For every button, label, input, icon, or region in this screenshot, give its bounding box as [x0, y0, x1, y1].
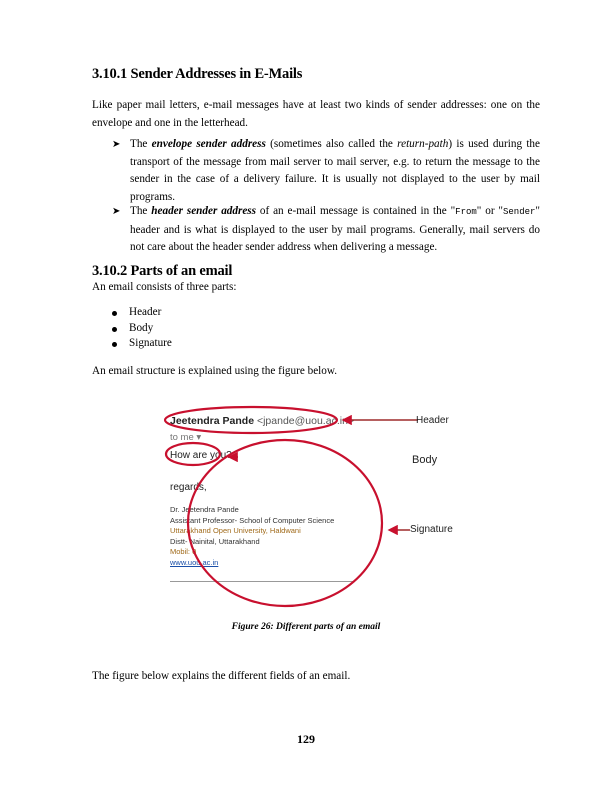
document-page: 3.10.1 Sender Addresses in E-Mails Like …	[0, 0, 612, 792]
paragraph-closing: The figure below explains the different …	[92, 668, 540, 686]
bullet-text: The header sender address of an e-mail m…	[130, 203, 540, 257]
bullet-dot-icon	[112, 327, 117, 332]
email-structure-figure: Jeetendra Pande <jpande@uou.ac.in> to me…	[160, 405, 460, 610]
bullet-dot-icon	[112, 342, 117, 347]
paragraph-figure-intro: An email structure is explained using th…	[92, 363, 540, 381]
section-heading-parts-of-email: 3.10.2 Parts of an email	[92, 263, 232, 280]
arrow-bullet-icon: ➤	[112, 203, 120, 221]
signature-ellipse	[188, 440, 382, 606]
header-ellipse	[165, 407, 337, 433]
figure-caption: Figure 26: Different parts of an email	[0, 622, 612, 632]
bullet-dot-icon	[112, 311, 117, 316]
label-signature: Signature	[410, 524, 453, 535]
arrow-bullet-icon: ➤	[112, 136, 120, 154]
label-header: Header	[416, 415, 449, 426]
annotation-overlay	[160, 405, 460, 610]
label-body: Body	[412, 454, 437, 466]
page-number: 129	[0, 732, 612, 747]
body-ellipse	[166, 443, 220, 465]
bullet-text: The envelope sender address (sometimes a…	[130, 136, 540, 206]
section-heading-sender-addresses: 3.10.1 Sender Addresses in E-Mails	[92, 66, 302, 83]
paragraph-parts-intro: An email consists of three parts:	[92, 279, 540, 297]
paragraph-intro: Like paper mail letters, e-mail messages…	[92, 97, 540, 132]
